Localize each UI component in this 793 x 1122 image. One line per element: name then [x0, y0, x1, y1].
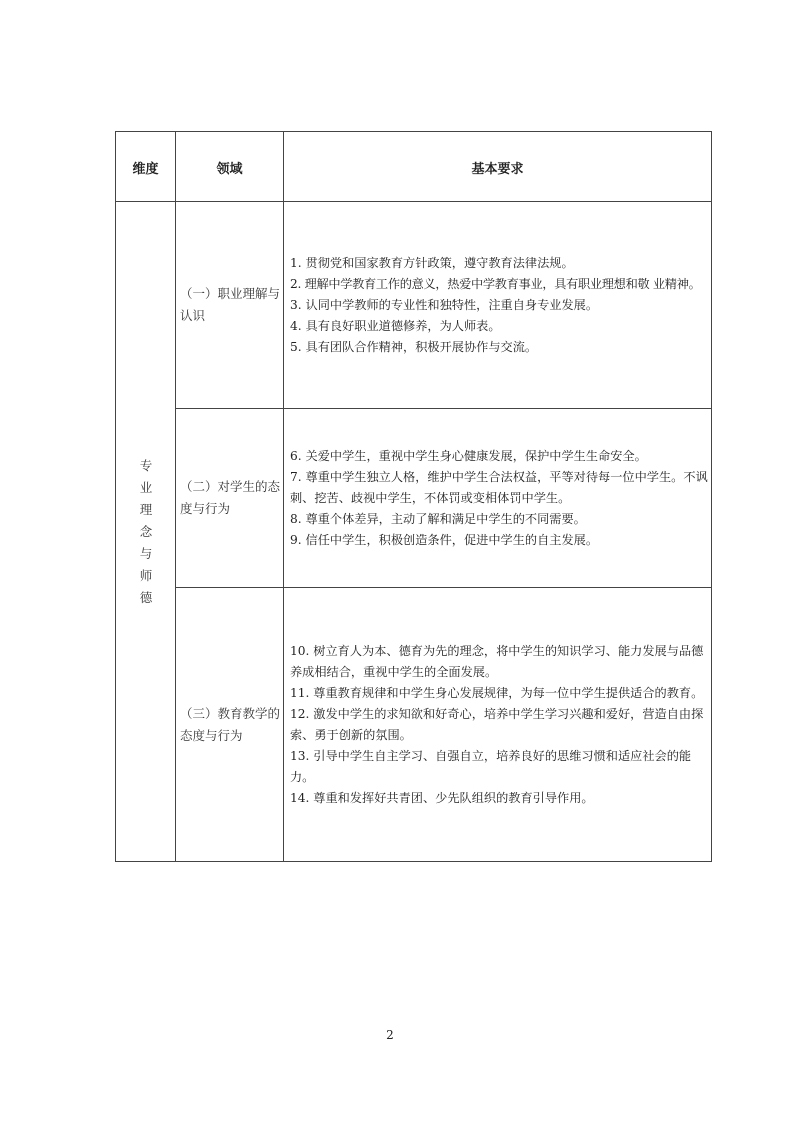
area-cell: （一）职业理解与认识	[178, 202, 282, 408]
header-area: 领域	[176, 132, 283, 202]
dimension-char: 念	[140, 521, 153, 543]
requirements-list: 1. 贯彻党和国家教育方针政策，遵守教育法律法规。 2. 理解中学教育工作的意义…	[290, 253, 710, 358]
requirement-item: 6. 关爱中学生，重视中学生身心健康发展，保护中学生生命安全。	[290, 446, 710, 467]
standards-table: 维度 领域 基本要求 专 业 理 念 与 师 德 （一）职业理解与认识 1. 贯…	[115, 131, 712, 862]
header-dimension: 维度	[116, 132, 175, 202]
dimension-label: 专 业 理 念 与 师 德	[116, 202, 176, 861]
area-label: （三）教育教学的态度与行为	[180, 703, 280, 747]
requirements-cell: 6. 关爱中学生，重视中学生身心健康发展，保护中学生生命安全。 7. 尊重中学生…	[286, 409, 711, 587]
requirements-cell: 1. 贯彻党和国家教育方针政策，遵守教育法律法规。 2. 理解中学教育工作的意义…	[286, 202, 711, 408]
dimension-char: 师	[140, 565, 153, 587]
area-cell: （三）教育教学的态度与行为	[178, 588, 282, 861]
requirement-item: 4. 具有良好职业道德修养，为人师表。	[290, 316, 710, 337]
requirement-item: 11. 尊重教育规律和中学生身心发展规律，为每一位中学生提供适合的教育。	[290, 683, 710, 704]
dimension-char: 德	[140, 587, 153, 609]
requirement-item: 12. 激发中学生的求知欲和好奇心，培养中学生学习兴趣和爱好，营造自由探索、勇于…	[290, 704, 710, 746]
requirement-item: 10. 树立育人为本、德育为先的理念，将中学生的知识学习、能力发展与品德养成相结…	[290, 641, 710, 683]
requirement-item: 7. 尊重中学生独立人格，维护中学生合法权益，平等对待每一位中学生。不讽刺、挖苦…	[290, 467, 710, 509]
area-cell: （二）对学生的态度与行为	[178, 409, 282, 587]
requirement-item: 2. 理解中学教育工作的意义，热爱中学教育事业，具有职业理想和敬 业精神。	[290, 274, 710, 295]
page-number: 2	[380, 1028, 400, 1042]
header-requirements: 基本要求	[284, 132, 711, 202]
requirement-item: 9. 信任中学生，积极创造条件，促进中学生的自主发展。	[290, 530, 710, 551]
column-divider	[283, 132, 284, 861]
area-label: （一）职业理解与认识	[180, 283, 280, 327]
requirements-cell: 10. 树立育人为本、德育为先的理念，将中学生的知识学习、能力发展与品德养成相结…	[286, 588, 711, 861]
requirement-item: 13. 引导中学生自主学习、自强自立，培养良好的思维习惯和适应社会的能力。	[290, 746, 710, 788]
requirement-item: 3. 认同中学教师的专业性和独特性，注重自身专业发展。	[290, 295, 710, 316]
dimension-char: 与	[140, 543, 153, 565]
requirements-list: 10. 树立育人为本、德育为先的理念，将中学生的知识学习、能力发展与品德养成相结…	[290, 641, 710, 809]
dimension-char: 业	[140, 477, 153, 499]
requirements-list: 6. 关爱中学生，重视中学生身心健康发展，保护中学生生命安全。 7. 尊重中学生…	[290, 446, 710, 551]
dimension-char: 理	[140, 499, 153, 521]
requirement-item: 5. 具有团队合作精神，积极开展协作与交流。	[290, 337, 710, 358]
requirement-item: 1. 贯彻党和国家教育方针政策，遵守教育法律法规。	[290, 253, 710, 274]
dimension-char: 专	[140, 455, 153, 477]
area-label: （二）对学生的态度与行为	[180, 476, 280, 520]
requirement-item: 8. 尊重个体差异，主动了解和满足中学生的不同需要。	[290, 509, 710, 530]
requirement-item: 14. 尊重和发挥好共青团、少先队组织的教育引导作用。	[290, 788, 710, 809]
